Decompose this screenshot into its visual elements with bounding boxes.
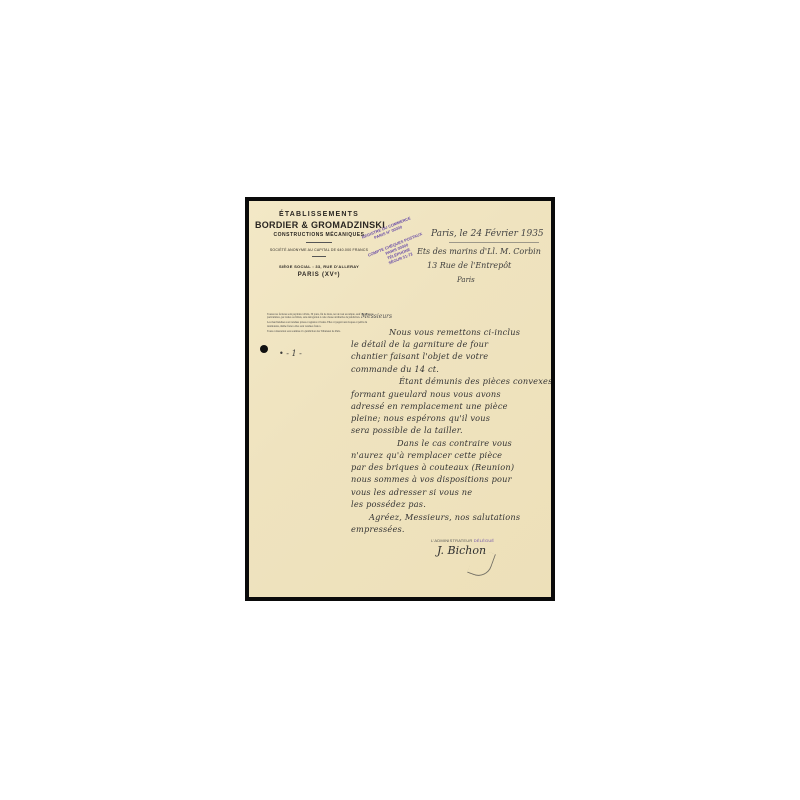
body-line: Nous vous remettons ci-inclus — [389, 327, 520, 337]
signatory-title-printed: L'ADMINISTRATEUR — [431, 538, 472, 543]
body-line: formant gueulard nous vous avons — [351, 389, 501, 399]
body-line: chantier faisant l'objet de votre — [351, 351, 488, 361]
body-line: le détail de la garniture de four — [351, 339, 488, 349]
letter-page: ÉTABLISSEMENTS BORDIER & GROMADZINSKI CO… — [249, 201, 551, 597]
letterhead-divider — [306, 242, 332, 243]
recipient-line-1: Ets des marins d'Ll. M. Corbin — [417, 247, 541, 256]
page-reference: • - 1 - — [279, 349, 302, 358]
body-line: par des briques à couteaux (Reunion) — [351, 462, 514, 472]
letterhead-establishments: ÉTABLISSEMENTS — [249, 211, 389, 218]
date-underline — [449, 242, 539, 243]
letterhead-siege: SIÈGE SOCIAL : 33, RUE D'ALLERAY — [249, 264, 389, 269]
body-line: les possédez pas. — [351, 499, 426, 509]
recipient-line-3: Paris — [457, 276, 475, 284]
letterhead-city: PARIS (XVᵉ) — [249, 272, 389, 278]
recipient-line-2: 13 Rue de l'Entrepôt — [427, 261, 511, 270]
letterhead-company: BORDIER & GROMADZINSKI — [249, 220, 395, 230]
signatory-title: L'ADMINISTRATEUR DÉLÉGUÉ — [431, 538, 494, 543]
date-line: Paris, le 24 Février 1935 — [431, 229, 544, 239]
body-line: sera possible de la tailler. — [351, 425, 463, 435]
body-line: Dans le cas contraire vous — [397, 438, 512, 448]
terms-paragraph: Les marchandises sont rendues prises et … — [267, 321, 379, 327]
body-line: n'aurez qu'à remplacer cette pièce — [351, 450, 502, 460]
letterhead-divider — [312, 256, 326, 257]
salutation: Messieurs — [361, 313, 392, 320]
body-line: Étant démunis des pièces convexes — [399, 376, 551, 386]
body-line: vous les adresser si vous ne — [351, 487, 472, 497]
body-line: nous sommes à vos dispositions pour — [351, 474, 512, 484]
body-line: Agréez, Messieurs, nos salutations — [369, 512, 520, 522]
body-line: empressées. — [351, 524, 405, 534]
signatory-title-stamp: DÉLÉGUÉ — [474, 538, 495, 543]
body-line: adressé en remplacement une pièce — [351, 401, 508, 411]
body-line: commande du 14 ct. — [351, 364, 439, 374]
body-line: pleine; nous espérons qu'il vous — [351, 413, 490, 423]
terms-paragraph: Toute contestation sera soumise à la jur… — [267, 330, 379, 333]
punch-hole — [260, 345, 268, 353]
